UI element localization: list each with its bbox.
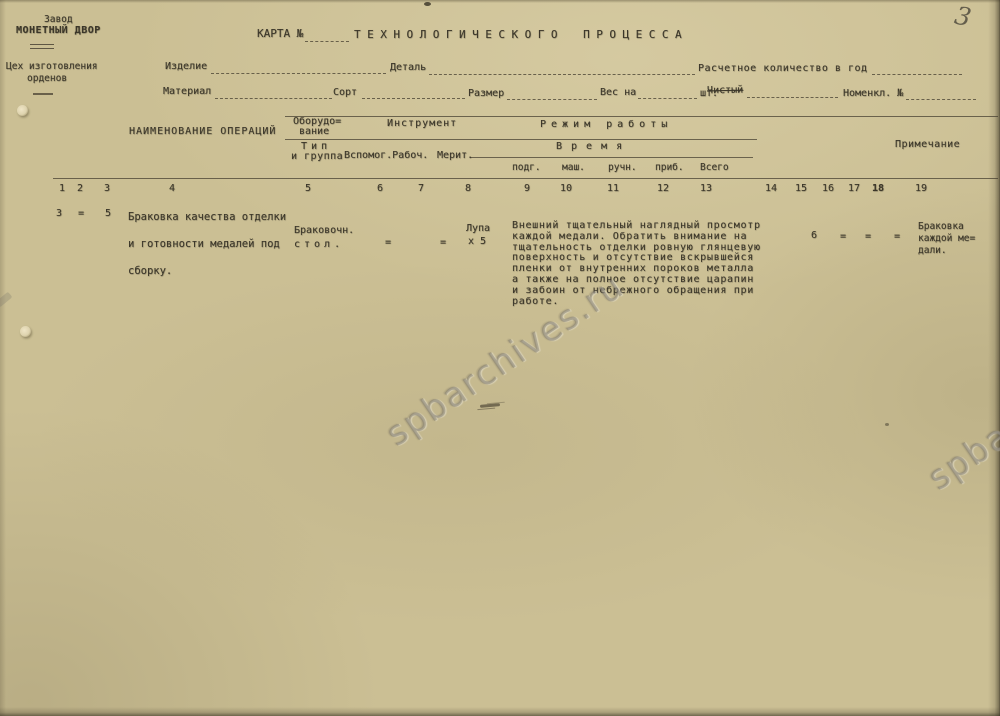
field-blank-product (211, 73, 386, 74)
ink-speck (424, 2, 431, 6)
paper-edge-top (0, 0, 1000, 3)
field-label-part: Деталь (390, 62, 426, 73)
header-time: Время (556, 141, 631, 152)
column-number: 14 (765, 183, 777, 194)
table-rule-time (470, 157, 753, 158)
header-note: Примечание (895, 139, 960, 150)
table-rule-mid (285, 139, 757, 140)
field-blank (747, 97, 838, 98)
paper-edge-left (0, 0, 6, 716)
field-label-product: Изделие (165, 61, 207, 72)
field-label-weight-per: Вес на (600, 87, 636, 98)
row-col16-ditto: = (865, 231, 871, 242)
column-number: 5 (305, 183, 311, 194)
column-number: 1 (59, 183, 65, 194)
column-number: 4 (169, 183, 175, 194)
header-equipment-line2: вание (299, 126, 329, 137)
struck-out-word: Чистый (707, 85, 743, 97)
field-label-grade: Сорт (333, 87, 357, 98)
header-type-line2: и группа (291, 151, 343, 162)
column-number: 18 (872, 183, 884, 194)
row-col15-ditto: = (840, 231, 846, 242)
handwritten-page-number: 3 (952, 1, 974, 33)
header-time-machine: маш. (562, 162, 585, 173)
column-number: 15 (795, 183, 807, 194)
row-col1-value: 3 (56, 208, 62, 219)
header-measuring: Мерит. (437, 150, 473, 161)
field-blank-part (429, 74, 695, 75)
row-col17-ditto: = (894, 231, 900, 242)
paper-hole (17, 105, 28, 116)
header-auxiliary: Вспомог.Рабоч. (344, 150, 428, 161)
column-number: 10 (560, 183, 572, 194)
field-blank-weight (638, 98, 697, 99)
stamp-mint-name: МОНЕТНЫЙ ДВОР (16, 25, 101, 36)
archive-watermark: spbarchives.ru (379, 266, 632, 454)
row-work-description: Внешний тщательный наглядный просмотр ка… (512, 221, 761, 307)
header-time-prep: подг. (512, 162, 541, 173)
row-equipment-line2: стол. (294, 239, 344, 250)
column-number: 12 (657, 183, 669, 194)
document-page: Завод МОНЕТНЫЙ ДВОР Цех изготовления орд… (0, 0, 1000, 716)
row-col14-value: 6 (811, 230, 817, 241)
field-label-size: Размер (468, 88, 504, 99)
document-title: ТЕХНОЛОГИЧЕСКОГО ПРОЦЕССА (354, 28, 688, 41)
column-number: 16 (822, 183, 834, 194)
field-label-annual-quantity: Расчетное количество в год (698, 63, 868, 74)
stamp-factory: Завод (44, 14, 73, 25)
header-time-approx: приб. (655, 162, 684, 173)
row-tool-line1: Лупа (466, 223, 490, 234)
stamp-shop-line1: Цех изготовления (6, 61, 98, 72)
column-number: 11 (607, 183, 619, 194)
field-blank-material (215, 98, 332, 99)
paper-edge-bottom (0, 707, 1000, 716)
field-blank-nomenclature (906, 99, 976, 100)
row-col3-value: 5 (105, 208, 111, 219)
row-equipment-line1: Браковочн. (294, 225, 354, 236)
table-rule-bottom (53, 178, 998, 179)
column-number: 3 (104, 183, 110, 194)
header-time-total: Всего (700, 162, 729, 173)
row-note: Браковка каждой ме= дали. (918, 221, 975, 257)
ink-speck (885, 423, 889, 426)
stamp-shop-line2: орденов (27, 73, 67, 84)
field-blank-annual-quantity (872, 74, 962, 75)
row-tool-line2: х 5 (468, 236, 486, 247)
header-tool: Инструмент (387, 118, 457, 129)
column-number: 9 (524, 183, 530, 194)
ink-smudge (480, 403, 500, 408)
header-operation-name: НАИМЕНОВАНИЕ ОПЕРАЦИЙ (129, 126, 276, 137)
row-col6-ditto: = (385, 237, 391, 248)
column-number: 7 (418, 183, 424, 194)
card-number-label: КАРТА № (257, 27, 303, 40)
column-number: 6 (377, 183, 383, 194)
column-number: 8 (465, 183, 471, 194)
field-blank-grade (362, 98, 465, 99)
field-label-material: Материал (163, 86, 211, 97)
row-operation-name: Браковка качества отделки и готовности м… (128, 204, 286, 285)
column-number: 13 (700, 183, 712, 194)
column-number: 19 (915, 183, 927, 194)
field-label-nomenclature: Номенкл. № (843, 88, 903, 99)
header-work-mode: Режим работы (540, 119, 672, 130)
paper-edge-right (988, 0, 1000, 716)
stamp-underline (33, 93, 53, 95)
column-number: 17 (848, 183, 860, 194)
header-time-manual: ручн. (608, 162, 637, 173)
field-blank-size (507, 99, 597, 100)
card-number-blank (305, 41, 349, 42)
table-rule-top (285, 116, 998, 117)
column-number: 2 (77, 183, 83, 194)
paper-hole (20, 326, 31, 337)
stamp-underline (30, 44, 54, 49)
row-col2-value: = (78, 208, 84, 219)
row-col7-ditto: = (440, 237, 446, 248)
